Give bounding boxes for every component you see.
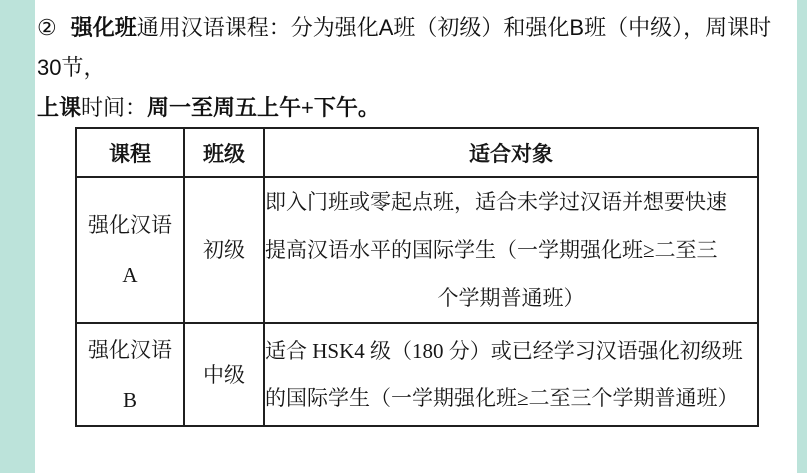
audience-cell-b: 适合 HSK4 级（180 分）或已经学习汉语强化初级班 的国际学生（一学期强化… <box>264 323 758 426</box>
audience-text-line: 的国际学生（一学期强化班≥二至三个学期普通班） <box>265 375 757 422</box>
intro-paragraph-line-1: ②强化班通用汉语课程：分为强化A班（初级）和强化B班（中级），周课时30节， <box>37 8 792 88</box>
intro-paragraph-line-2: 上课时间：周一至周五上午+下午。 <box>37 88 792 128</box>
audience-text-line: 提高汉语水平的国际学生（一学期强化班≥二至三 <box>265 226 757 274</box>
plus-sign-text: + <box>301 95 314 120</box>
course-letter-line: B <box>77 375 183 425</box>
course-name-line: 强化汉语 <box>77 200 183 250</box>
audience-text-line: 适合 HSK4 级（180 分）或已经学习汉语强化初级班 <box>265 328 757 375</box>
afternoon-bold-text: 下午。 <box>314 95 380 120</box>
audience-text-line: 即入门班或零起点班，适合未学过汉语并想要快速 <box>265 178 757 226</box>
right-margin-strip <box>797 0 807 473</box>
header-level: 班级 <box>184 128 264 177</box>
course-description-text: 通用汉语课程：分为强化A班（初级）和强化B班（中级），周课时30节， <box>37 15 771 80</box>
header-audience: 适合对象 <box>264 128 758 177</box>
course-letter-line: A <box>77 250 183 300</box>
table-row-intensive-b: 强化汉语 B 中级 适合 HSK4 级（180 分）或已经学习汉语强化初级班 的… <box>76 323 758 426</box>
intro-paragraph: ②强化班通用汉语课程：分为强化A班（初级）和强化B班（中级），周课时30节， 上… <box>37 8 792 128</box>
left-margin-strip <box>0 0 35 473</box>
item-number-marker: ② <box>37 15 71 40</box>
class-time-bold-text: 上课 <box>37 95 81 120</box>
course-table: 课程 班级 适合对象 强化汉语 A 初级 即入门班或零起点班，适合未学过汉语并想… <box>75 127 759 427</box>
course-cell-a: 强化汉语 A <box>76 177 184 323</box>
course-cell-b: 强化汉语 B <box>76 323 184 426</box>
level-cell-a: 初级 <box>184 177 264 323</box>
schedule-bold-text: 周一至周五上午 <box>147 95 301 120</box>
audience-text-line: 个学期普通班） <box>265 274 757 322</box>
course-type-bold-text: 强化班 <box>71 15 137 40</box>
table-header-row: 课程 班级 适合对象 <box>76 128 758 177</box>
header-course: 课程 <box>76 128 184 177</box>
audience-cell-a: 即入门班或零起点班，适合未学过汉语并想要快速 提高汉语水平的国际学生（一学期强化… <box>264 177 758 323</box>
level-cell-b: 中级 <box>184 323 264 426</box>
time-label-text: 时间： <box>81 95 147 120</box>
course-name-line: 强化汉语 <box>77 325 183 375</box>
document-page: ②强化班通用汉语课程：分为强化A班（初级）和强化B班（中级），周课时30节， 上… <box>0 0 807 473</box>
table-row-intensive-a: 强化汉语 A 初级 即入门班或零起点班，适合未学过汉语并想要快速 提高汉语水平的… <box>76 177 758 323</box>
